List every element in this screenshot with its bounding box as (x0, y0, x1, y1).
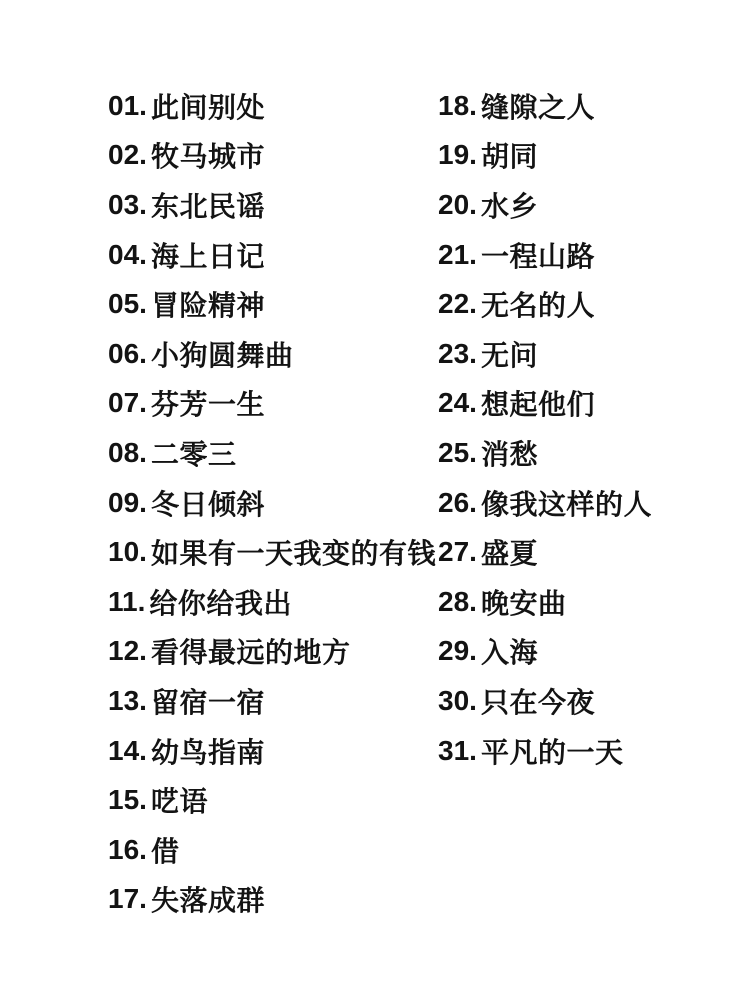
track-item: 22.无名的人 (438, 279, 652, 329)
track-item: 03.东北民谣 (108, 180, 438, 230)
track-number: 29. (438, 635, 477, 667)
track-item: 07.芬芳一生 (108, 379, 438, 429)
track-number: 23. (438, 338, 477, 370)
track-item: 24.想起他们 (438, 379, 652, 429)
track-title: 盛夏 (481, 532, 538, 572)
track-item: 17.失落成群 (108, 875, 438, 925)
track-title: 芬芳一生 (151, 383, 265, 423)
track-number: 09. (108, 487, 147, 519)
track-title: 失落成群 (151, 879, 265, 919)
track-number: 12. (108, 635, 147, 667)
track-item: 10.如果有一天我变的有钱 (108, 527, 438, 577)
track-item: 23.无问 (438, 329, 652, 379)
track-item: 08.二零三 (108, 428, 438, 478)
track-item: 01.此间别处 (108, 81, 438, 131)
track-number: 25. (438, 437, 477, 469)
track-number: 31. (438, 735, 477, 767)
track-number: 22. (438, 288, 477, 320)
track-title: 东北民谣 (151, 185, 265, 225)
track-number: 14. (108, 735, 147, 767)
track-title: 给你给我出 (149, 582, 292, 622)
track-item: 09.冬日倾斜 (108, 478, 438, 528)
track-number: 30. (438, 685, 477, 717)
tracklist-columns: 01.此间别处02.牧马城市03.东北民谣04.海上日记05.冒险精神06.小狗… (0, 0, 750, 924)
track-title: 幼鸟指南 (151, 731, 265, 771)
track-item: 13.留宿一宿 (108, 676, 438, 726)
track-item: 14.幼鸟指南 (108, 726, 438, 776)
track-number: 26. (438, 487, 477, 519)
track-title: 牧马城市 (151, 135, 265, 175)
track-title: 看得最远的地方 (151, 631, 351, 671)
track-title: 如果有一天我变的有钱 (151, 532, 436, 572)
track-number: 19. (438, 139, 477, 171)
track-title: 小狗圆舞曲 (151, 334, 294, 374)
track-title: 海上日记 (151, 235, 265, 275)
track-item: 31.平凡的一天 (438, 726, 652, 776)
track-title: 晚安曲 (481, 582, 567, 622)
track-item: 26.像我这样的人 (438, 478, 652, 528)
track-item: 02.牧马城市 (108, 131, 438, 181)
track-item: 30.只在今夜 (438, 676, 652, 726)
track-title: 借 (151, 830, 180, 870)
track-number: 10. (108, 536, 147, 568)
track-title: 呓语 (151, 780, 208, 820)
track-number: 02. (108, 139, 147, 171)
track-number: 17. (108, 883, 147, 915)
track-title: 入海 (481, 631, 538, 671)
track-title: 留宿一宿 (151, 681, 265, 721)
track-title: 消愁 (481, 433, 538, 473)
track-item: 15.呓语 (108, 775, 438, 825)
track-item: 25.消愁 (438, 428, 652, 478)
track-item: 04.海上日记 (108, 230, 438, 280)
track-title: 冬日倾斜 (151, 483, 265, 523)
track-title: 只在今夜 (481, 681, 595, 721)
track-item: 19.胡同 (438, 131, 652, 181)
track-number: 20. (438, 189, 477, 221)
track-number: 01. (108, 90, 147, 122)
track-number: 24. (438, 387, 477, 419)
track-number: 03. (108, 189, 147, 221)
track-item: 06.小狗圆舞曲 (108, 329, 438, 379)
track-title: 无问 (481, 334, 538, 374)
track-title: 平凡的一天 (481, 731, 624, 771)
track-title: 一程山路 (481, 235, 595, 275)
track-item: 11.给你给我出 (108, 577, 438, 627)
track-number: 15. (108, 784, 147, 816)
track-number: 28. (438, 586, 477, 618)
track-item: 20.水乡 (438, 180, 652, 230)
track-number: 13. (108, 685, 147, 717)
track-number: 06. (108, 338, 147, 370)
track-title: 胡同 (481, 135, 538, 175)
tracklist-page: 01.此间别处02.牧马城市03.东北民谣04.海上日记05.冒险精神06.小狗… (0, 0, 750, 1000)
track-item: 28.晚安曲 (438, 577, 652, 627)
track-column-right: 18.缝隙之人19.胡同20.水乡21.一程山路22.无名的人23.无问24.想… (438, 81, 652, 924)
track-number: 08. (108, 437, 147, 469)
track-number: 07. (108, 387, 147, 419)
track-item: 18.缝隙之人 (438, 81, 652, 131)
track-column-left: 01.此间别处02.牧马城市03.东北民谣04.海上日记05.冒险精神06.小狗… (108, 81, 438, 924)
track-title: 冒险精神 (151, 284, 265, 324)
track-number: 04. (108, 239, 147, 271)
track-number: 18. (438, 90, 477, 122)
track-title: 水乡 (481, 185, 538, 225)
track-item: 27.盛夏 (438, 527, 652, 577)
track-title: 想起他们 (481, 383, 595, 423)
track-number: 05. (108, 288, 147, 320)
track-item: 05.冒险精神 (108, 279, 438, 329)
track-item: 21.一程山路 (438, 230, 652, 280)
track-item: 29.入海 (438, 627, 652, 677)
track-number: 11. (108, 586, 145, 618)
track-item: 16.借 (108, 825, 438, 875)
track-number: 27. (438, 536, 477, 568)
track-number: 21. (438, 239, 477, 271)
track-title: 缝隙之人 (481, 86, 595, 126)
track-title: 此间别处 (151, 86, 265, 126)
track-title: 二零三 (151, 433, 237, 473)
track-title: 无名的人 (481, 284, 595, 324)
track-item: 12.看得最远的地方 (108, 627, 438, 677)
track-number: 16. (108, 834, 147, 866)
track-title: 像我这样的人 (481, 483, 652, 523)
